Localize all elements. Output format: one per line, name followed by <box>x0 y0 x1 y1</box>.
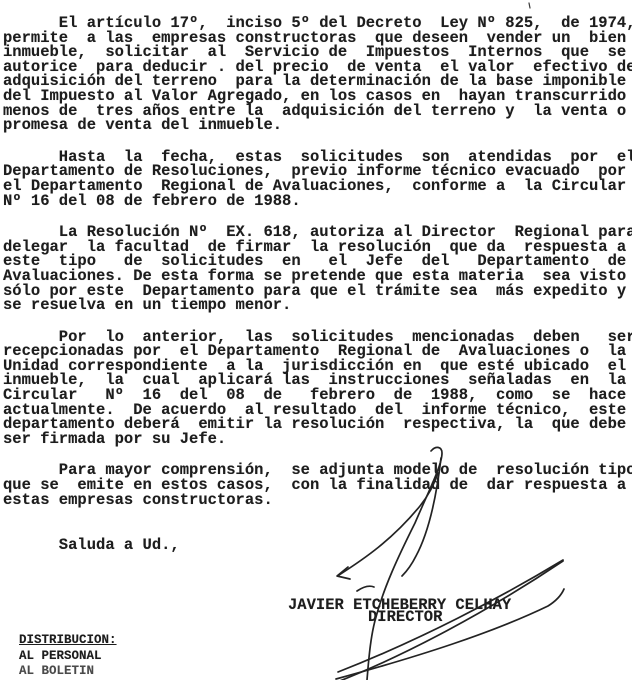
scan-artifact-tick <box>529 3 530 8</box>
signature-strokes <box>332 447 564 680</box>
scanned-letter-page: El artículo 17º, inciso 5º del Decreto L… <box>0 0 632 680</box>
signature-ink <box>0 0 632 680</box>
